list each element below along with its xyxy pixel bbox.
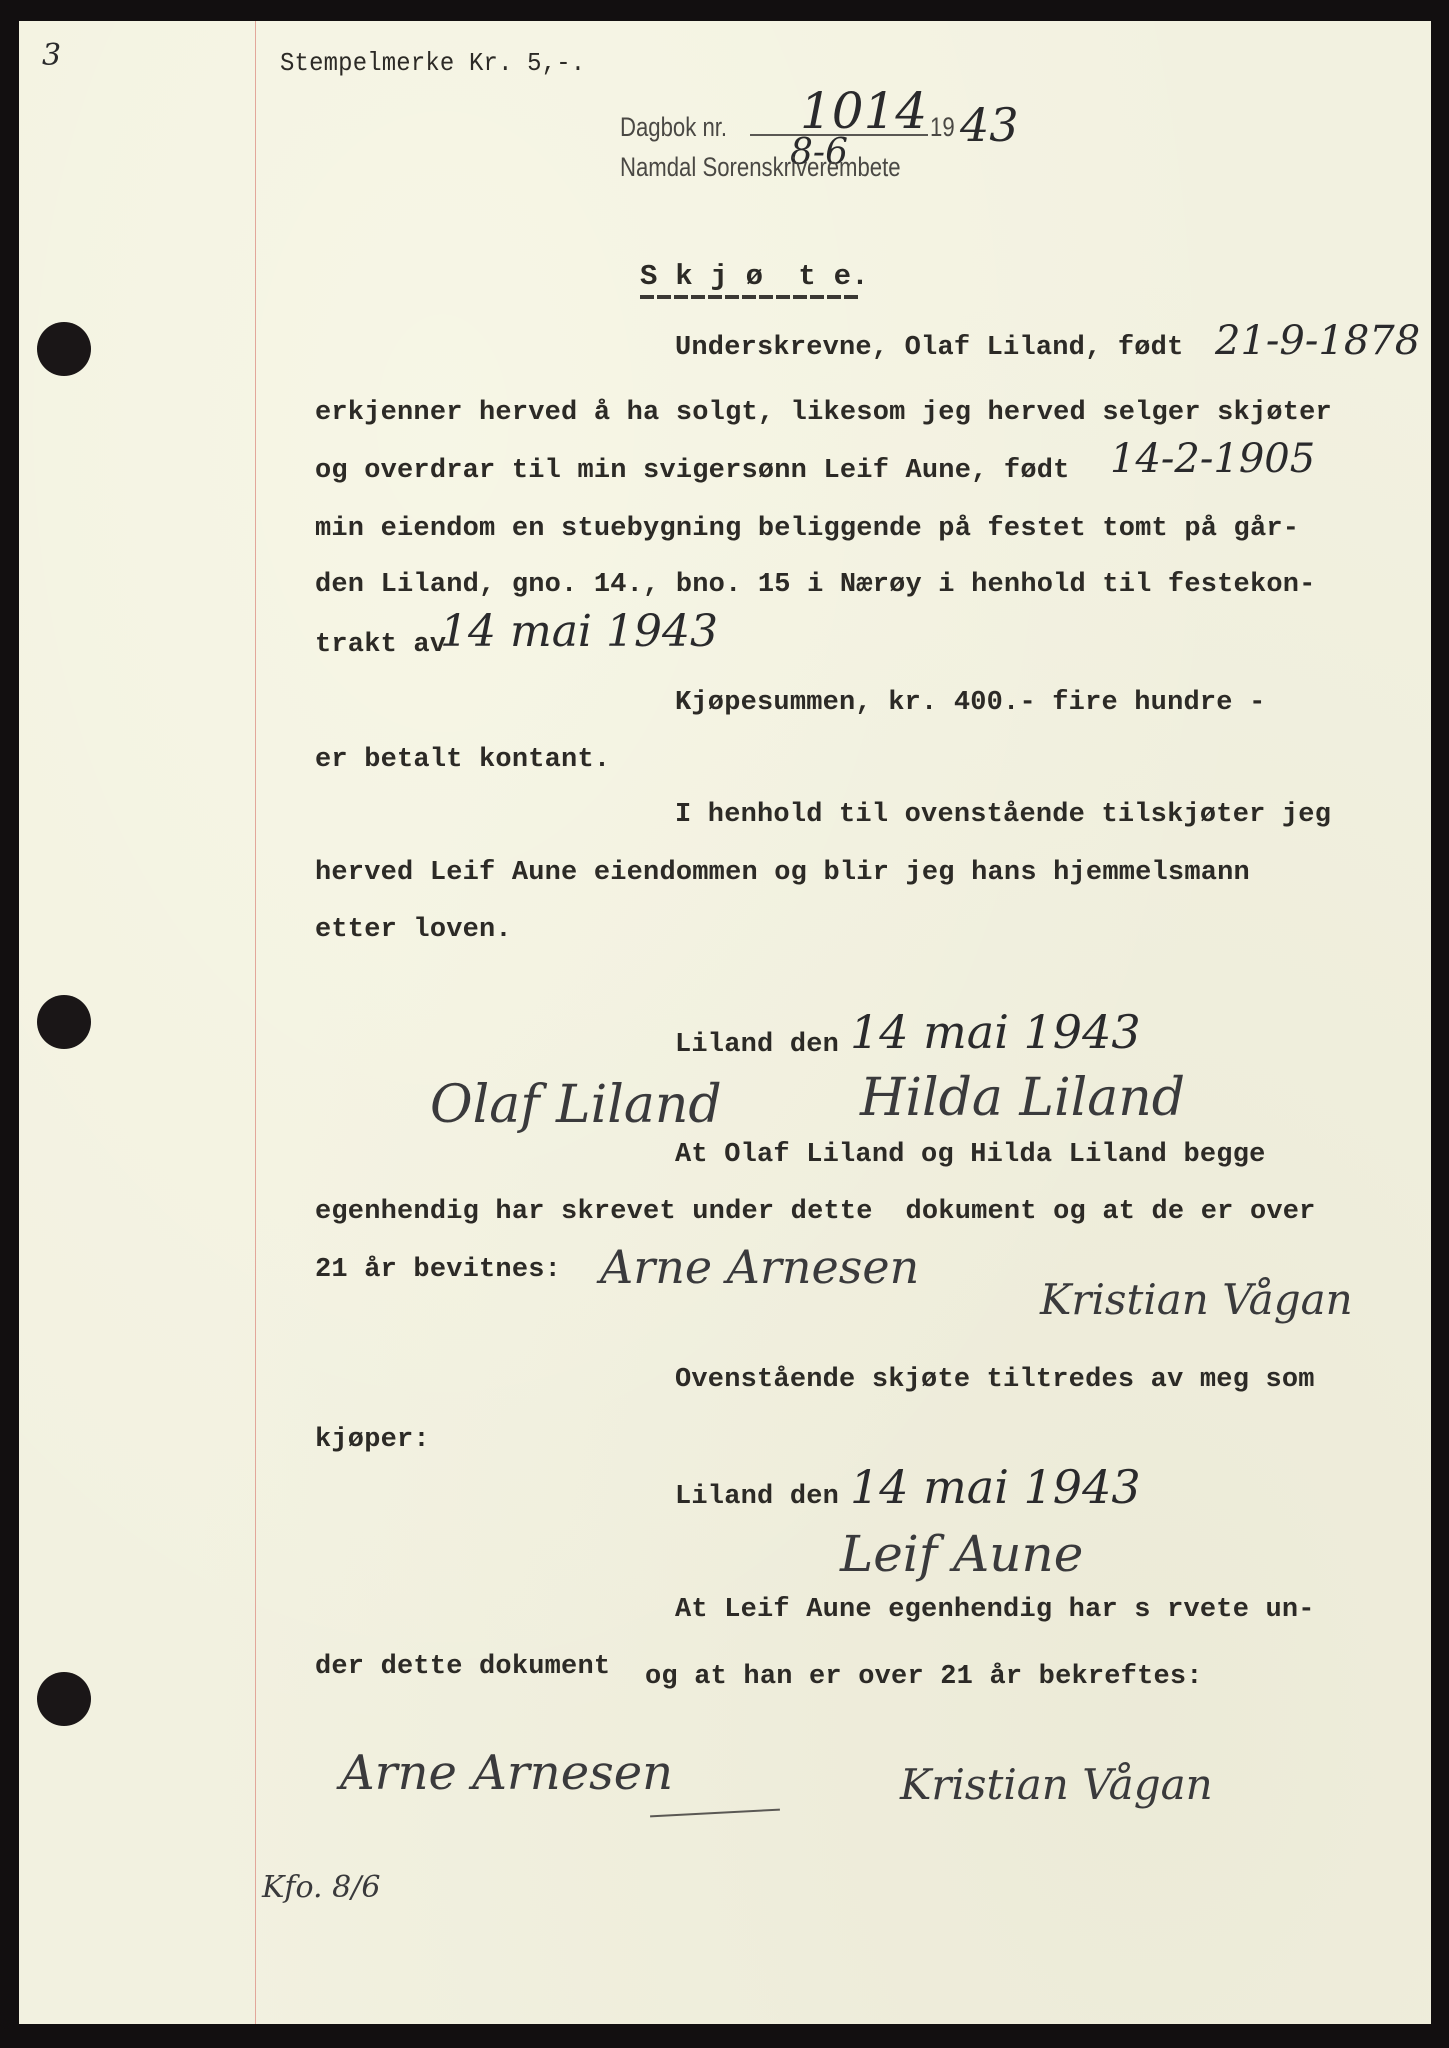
document-title: S k j ø t e. [640,260,869,293]
body-line-14: egenhendig har skrevet under dette dokum… [315,1197,1316,1227]
signature-witness-1a: Arne Arnesen [600,1240,919,1294]
stamp-duty-line: Stempelmerke Kr. 5,-. [280,48,585,78]
registry-label: Dagbok nr. [620,112,727,143]
punch-hole-middle [37,995,91,1049]
body-line-4: min eiendom en stuebygning beliggende på… [315,514,1299,544]
place-date-label-1: Liland den [675,1030,839,1060]
contract-date: 14 mai 1943 [440,606,718,657]
body-line-11: etter loven. [315,915,512,945]
signature-witness-2b: Kristian Vågan [900,1760,1213,1809]
registry-year-prefix: 19 [930,112,955,143]
signature-olaf-liland: Olaf Liland [430,1075,722,1135]
signing-date-1: 14 mai 1943 [850,1005,1141,1059]
body-line-13: At Olaf Liland og Hilda Liland begge [675,1140,1266,1170]
margin-line [255,21,256,2024]
body-line-19: At Leif Aune egenhendig har s rvete un- [675,1595,1315,1625]
page-number: 3 [42,38,61,73]
signature-leif-aune: Leif Aune [840,1525,1083,1583]
body-line-3: og overdrar til min svigersønn Leif Aune… [315,456,1070,486]
signature-witness-2a: Kristian Vågan [1040,1275,1353,1324]
punch-hole-bottom [37,1672,91,1726]
punch-hole-top [37,322,91,376]
signing-date-2: 14 mai 1943 [850,1460,1141,1514]
title-underline [640,295,860,299]
body-line-16: Ovenstående skjøte tiltredes av meg som [675,1365,1315,1395]
signature-witness-1b: Arne Arnesen [340,1745,673,1801]
body-line-17: kjøper: [315,1425,430,1455]
body-line-7: Kjøpesummen, kr. 400.- fire hundre - [675,688,1266,718]
body-line-2: erkjenner herved å ha solgt, likesom jeg… [315,398,1332,428]
body-line-6: trakt av [315,630,446,660]
body-line-15: 21 år bevitnes: [315,1255,561,1285]
registry-office: Namdal Sorenskriverembete [620,152,901,183]
buyer-birthdate: 14-2-1905 [1110,436,1315,482]
body-line-1: Underskrevne, Olaf Liland, født [675,333,1183,363]
body-line-20: der dette dokument [315,1652,610,1682]
place-date-label-2: Liland den [675,1482,839,1512]
body-line-21: og at han er over 21 år bekreftes: [645,1662,1203,1692]
body-line-9: I henhold til ovenstående tilskjøter jeg [675,800,1331,830]
body-line-5: den Liland, gno. 14., bno. 15 i Nærøy i … [315,570,1316,600]
registry-year: 43 [960,98,1019,152]
body-line-10: herved Leif Aune eiendommen og blir jeg … [315,858,1250,888]
signature-hilda-liland: Hilda Liland [860,1068,1185,1128]
body-line-8: er betalt kontant. [315,745,610,775]
registrar-initials: Kfo. 8/6 [262,1870,380,1905]
seller-birthdate: 21-9-1878 [1215,318,1420,364]
